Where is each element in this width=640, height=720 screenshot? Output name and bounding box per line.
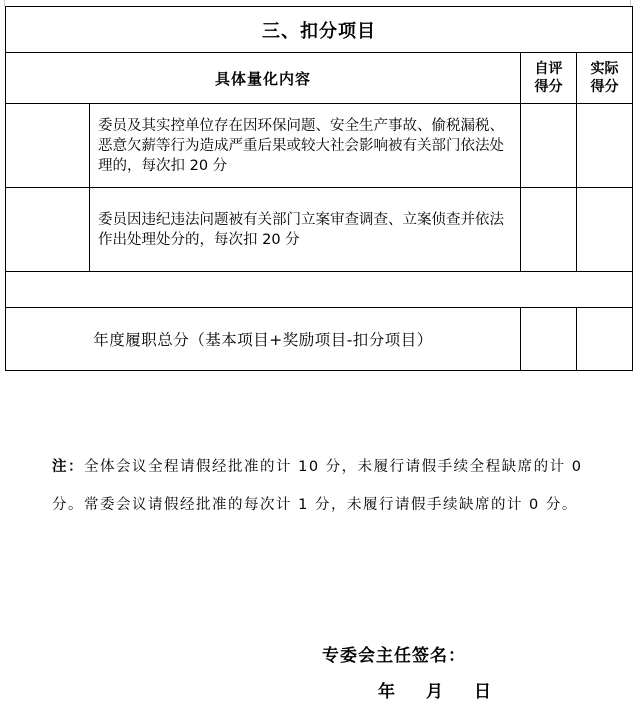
total-actual-score-cell[interactable] [577, 308, 633, 371]
actual-score-cell[interactable] [577, 104, 633, 188]
total-label: 年度履职总分（基本项目+奖励项目-扣分项目） [6, 308, 521, 371]
row-label-cell [6, 104, 90, 188]
empty-row-cell [6, 272, 633, 308]
header-self-score: 自评 得分 [521, 53, 577, 104]
row-content: 委员因违纪违法问题被有关部门立案审查调查、立案侦查并依法作出处理处分的，每次扣 … [90, 188, 521, 272]
note-text: 全体会议全程请假经批准的计 10 分，未履行请假手续全程缺席的计 0 分。常委会… [52, 459, 583, 513]
note-paragraph: 注：全体会议全程请假经批准的计 10 分，未履行请假手续全程缺席的计 0 分。常… [52, 448, 592, 524]
self-score-cell[interactable] [521, 104, 577, 188]
header-self-score-line1: 自评 [521, 60, 576, 78]
date-year-label: 年 [378, 677, 426, 702]
deduction-table: 三、扣分项目 具体量化内容 自评 得分 实际 得分 委员及其实控单位存在因环保问… [5, 6, 633, 371]
row-label-cell [6, 188, 90, 272]
empty-row [6, 272, 633, 308]
header-self-score-line2: 得分 [521, 78, 576, 96]
table-row: 委员及其实控单位存在因环保问题、安全生产事故、偷税漏税、恶意欠薪等行为造成严重后… [6, 104, 633, 188]
row-content: 委员及其实控单位存在因环保问题、安全生产事故、偷税漏税、恶意欠薪等行为造成严重后… [90, 104, 521, 188]
header-actual-score-line2: 得分 [577, 78, 632, 96]
date-month-label: 月 [426, 677, 474, 702]
header-row: 具体量化内容 自评 得分 实际 得分 [6, 53, 633, 104]
date-day-label: 日 [474, 677, 491, 702]
section-title-row: 三、扣分项目 [6, 7, 633, 53]
table-row: 委员因违纪违法问题被有关部门立案审查调查、立案侦查并依法作出处理处分的，每次扣 … [6, 188, 633, 272]
note-label: 注： [52, 459, 84, 475]
header-actual-score-line1: 实际 [577, 60, 632, 78]
header-content: 具体量化内容 [6, 53, 521, 104]
total-row: 年度履职总分（基本项目+奖励项目-扣分项目） [6, 308, 633, 371]
self-score-cell[interactable] [521, 188, 577, 272]
header-actual-score: 实际 得分 [577, 53, 633, 104]
total-self-score-cell[interactable] [521, 308, 577, 371]
signature-date: 年月日 [378, 677, 491, 702]
signature-label: 专委会主任签名： [322, 641, 466, 666]
section-title: 三、扣分项目 [6, 7, 633, 53]
actual-score-cell[interactable] [577, 188, 633, 272]
